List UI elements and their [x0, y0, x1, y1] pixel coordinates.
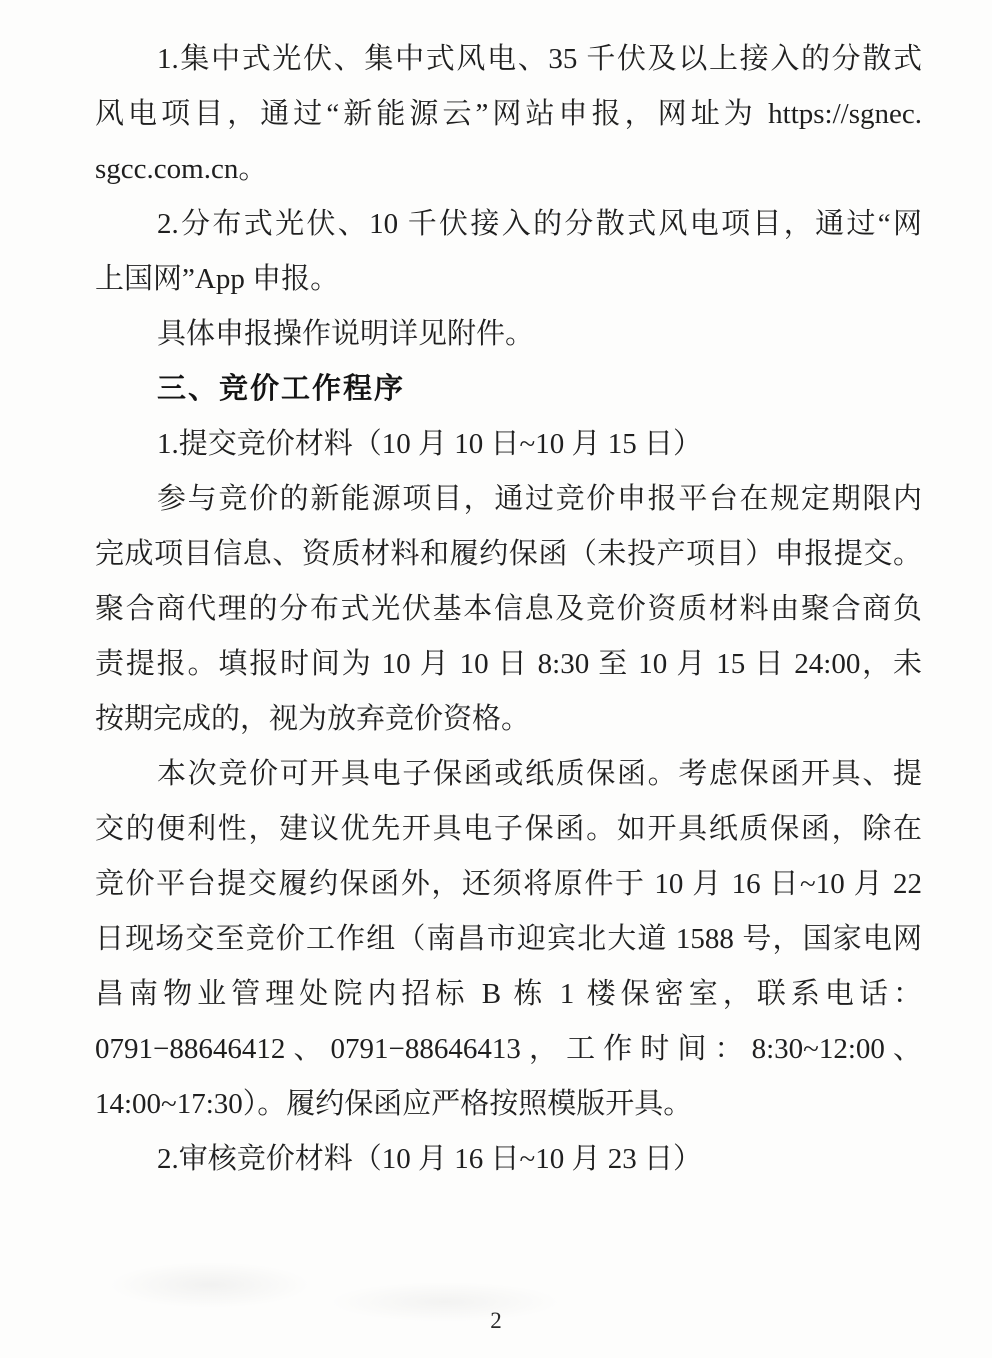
text-line: 1.提交竞价材料（10 月 10 日~10 月 15 日）	[95, 417, 922, 472]
text-line: 参与竞价的新能源项目，通过竞价申报平台在规定期限内	[95, 472, 922, 527]
text-line: sgcc.com.cn。	[95, 142, 922, 197]
text-line: 按期完成的，视为放弃竞价资格。	[95, 692, 922, 747]
text-line: 竞价平台提交履约保函外，还须将原件于 10 月 16 日~10 月 22	[95, 857, 922, 912]
text-line: 交的便利性，建议优先开具电子保函。如开具纸质保函，除在	[95, 802, 922, 857]
document-body: 1.集中式光伏、集中式风电、35 千伏及以上接入的分散式风电项目，通过“新能源云…	[95, 32, 922, 1187]
document-page: 1.集中式光伏、集中式风电、35 千伏及以上接入的分散式风电项目，通过“新能源云…	[0, 0, 992, 1358]
text-line: 2.审核竞价材料（10 月 16 日~10 月 23 日）	[95, 1132, 922, 1187]
text-line: 具体申报操作说明详见附件。	[95, 307, 922, 362]
text-line: 昌南物业管理处院内招标 B 栋 1 楼保密室，联系电话：	[95, 967, 922, 1022]
scan-smudge	[110, 1262, 310, 1308]
text-line: 14:00~17:30）。履约保函应严格按照模版开具。	[95, 1077, 922, 1132]
page-number: 2	[0, 1308, 992, 1334]
text-line: 上国网”App 申报。	[95, 252, 922, 307]
text-line: 责提报。填报时间为 10 月 10 日 8:30 至 10 月 15 日 24:…	[95, 637, 922, 692]
text-line: 日现场交至竞价工作组（南昌市迎宾北大道 1588 号，国家电网	[95, 912, 922, 967]
text-line: 风电项目，通过“新能源云”网站申报，网址为 https://sgnec.	[95, 87, 922, 142]
text-line: 本次竞价可开具电子保函或纸质保函。考虑保函开具、提	[95, 747, 922, 802]
text-line: 0791−88646412、0791−88646413，工作时间：8:30~12…	[95, 1022, 922, 1077]
text-line: 完成项目信息、资质材料和履约保函（未投产项目）申报提交。	[95, 527, 922, 582]
section-heading: 三、竞价工作程序	[95, 362, 922, 417]
text-line: 聚合商代理的分布式光伏基本信息及竞价资质材料由聚合商负	[95, 582, 922, 637]
text-line: 1.集中式光伏、集中式风电、35 千伏及以上接入的分散式	[95, 32, 922, 87]
text-line: 2.分布式光伏、10 千伏接入的分散式风电项目，通过“网	[95, 197, 922, 252]
